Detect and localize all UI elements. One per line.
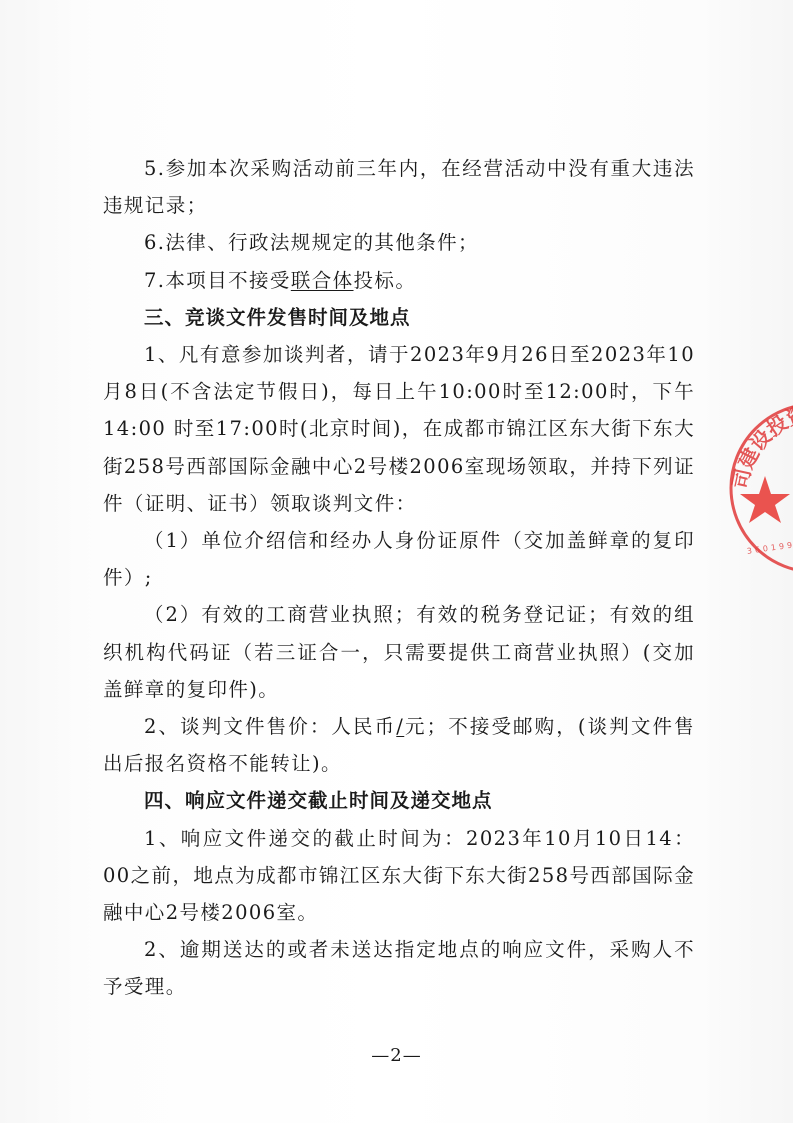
paragraph-sale-time: 1、凡有意参加谈判者，请于2023年9月26日至2023年10月8日(不含法定节… <box>103 336 695 522</box>
document-page: 5.参加本次采购活动前三年内，在经营活动中没有重大违法违规记录； 6.法律、行政… <box>0 0 793 1123</box>
section-heading-4: 四、响应文件递交截止时间及递交地点 <box>103 782 695 819</box>
svg-text:司建设投资有限公: 司建设投资有限公 <box>728 398 793 491</box>
paragraph-deadline: 1、响应文件递交的截止时间为：2023年10月10日14：00之前，地点为成都市… <box>103 820 695 932</box>
stamp-text: 司建设投资有限公 <box>728 398 793 491</box>
paragraph-item-7: 7.本项目不接受联合体投标。 <box>103 262 695 299</box>
paragraph-item-6: 6.法律、行政法规规定的其他条件； <box>103 224 695 261</box>
underlined-term: 联合体 <box>291 269 354 292</box>
company-seal-stamp: 司建设投资有限公 36019934 <box>725 398 793 578</box>
page-number: —2— <box>0 1045 793 1066</box>
stamp-code: 36019934 <box>746 538 793 556</box>
paragraph-price: 2、谈判文件售价：人民币/元；不接受邮购，(谈判文件售出后报名资格不能转让)。 <box>103 708 695 782</box>
paragraph-requirement-2: （2）有效的工商营业执照；有效的税务登记证；有效的组织机构代码证（若三证合一，只… <box>103 596 695 708</box>
section-heading-3: 三、竞谈文件发售时间及地点 <box>103 299 695 336</box>
paragraph-late-submission: 2、逾期送达的或者未送达指定地点的响应文件，采购人不予受理。 <box>103 931 695 1005</box>
paragraph-item-5: 5.参加本次采购活动前三年内，在经营活动中没有重大违法违规记录； <box>103 150 695 224</box>
paragraph-requirement-1: （1）单位介绍信和经办人身份证原件（交加盖鲜章的复印件）; <box>103 522 695 596</box>
document-body: 5.参加本次采购活动前三年内，在经营活动中没有重大违法违规记录； 6.法律、行政… <box>103 150 695 1006</box>
